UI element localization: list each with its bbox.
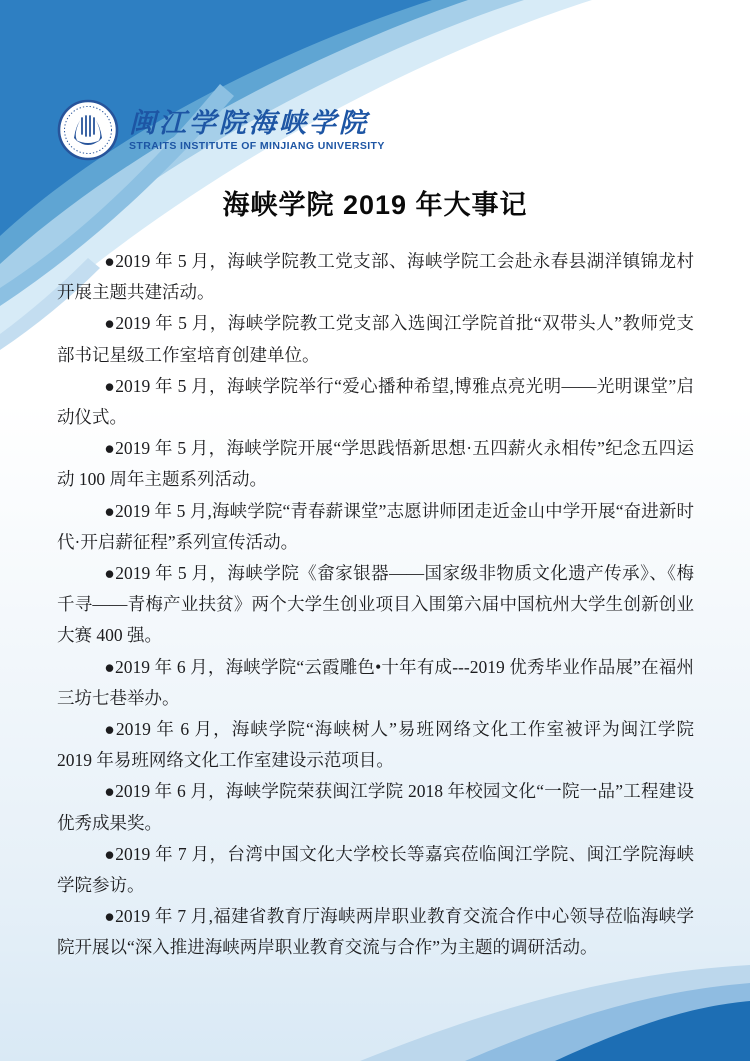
event-entry: ●2019 年 6 月，海峡学院“海峡树人”易班网络文化工作室被评为闽江学院 2… [57,714,694,776]
institute-name-en: STRAITS INSTITUTE OF MINJIANG UNIVERSITY [129,140,385,152]
chronicle-entries: ●2019 年 5 月，海峡学院教工党支部、海峡学院工会赴永春县湖洋镇锦龙村开展… [57,246,694,964]
event-entry: ●2019 年 7 月,福建省教育厅海峡两岸职业教育交流合作中心领导莅临海峡学院… [57,901,694,963]
event-entry: ●2019 年 7 月，台湾中国文化大学校长等嘉宾莅临闽江学院、闽江学院海峡学院… [57,839,694,901]
event-entry: ●2019 年 6 月，海峡学院“云霞雕色•十年有成---2019 优秀毕业作品… [57,652,694,714]
event-entry: ●2019 年 5 月，海峡学院《畲家银器——国家级非物质文化遗产传承》、《梅千… [57,558,694,652]
institute-logo: 闽江学院海峡学院 STRAITS INSTITUTE OF MINJIANG U… [56,98,385,162]
event-entry: ●2019 年 5 月，海峡学院举行“爱心播种希望,博雅点亮光明——光明课堂”启… [57,371,694,433]
page-title: 海峡学院 2019 年大事记 [57,183,693,222]
institute-name-cn: 闽江学院海峡学院 [129,108,385,138]
event-entry: ●2019 年 5 月，海峡学院教工党支部、海峡学院工会赴永春县湖洋镇锦龙村开展… [57,246,694,308]
university-seal-icon [56,98,120,162]
event-entry: ●2019 年 5 月,海峡学院“青春薪课堂”志愿讲师团走近金山中学开展“奋进新… [57,496,694,558]
event-entry: ●2019 年 5 月，海峡学院教工党支部入选闽江学院首批“双带头人”教师党支部… [57,308,694,370]
event-entry: ●2019 年 6 月，海峡学院荣获闽江学院 2018 年校园文化“一院一品”工… [57,776,694,838]
event-entry: ●2019 年 5 月，海峡学院开展“学思践悟新思想·五四薪火永相传”纪念五四运… [57,433,694,495]
logo-text-block: 闽江学院海峡学院 STRAITS INSTITUTE OF MINJIANG U… [129,108,385,152]
document-page: 闽江学院海峡学院 STRAITS INSTITUTE OF MINJIANG U… [0,0,750,1061]
